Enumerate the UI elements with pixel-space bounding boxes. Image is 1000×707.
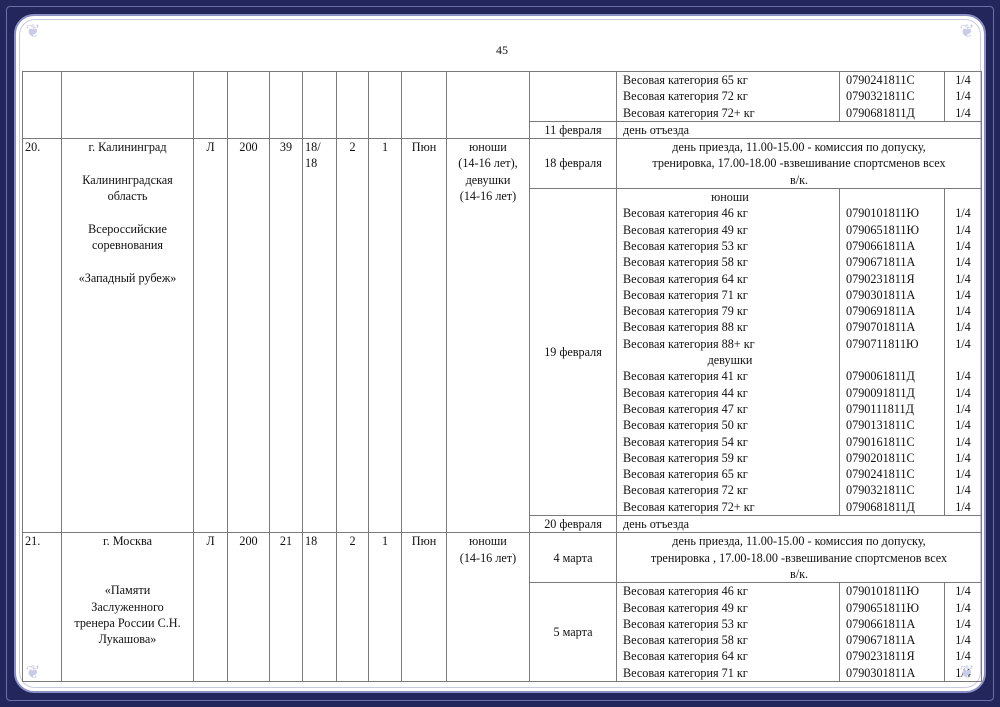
weight-category: Весовая категория 65 кг: [623, 466, 837, 482]
empty-cell: [270, 72, 303, 139]
table-row-event: 20.г. Калининград Калининградскаяобласть…: [23, 139, 982, 189]
location-line: Калининградская: [64, 172, 191, 188]
location-line: соревнования: [64, 237, 191, 253]
weight-category: Весовая категория 79 кг: [623, 303, 837, 319]
participants-line: (14-16 лет),: [449, 155, 527, 171]
location-line: Лукашова»: [64, 631, 191, 647]
location-line: тренера России С.Н.: [64, 615, 191, 631]
event-field-c3: Л: [194, 533, 228, 682]
empty-cell: [303, 72, 337, 139]
weight-fraction: 1/4: [947, 466, 979, 482]
weight-fraction: 1/4: [947, 271, 979, 287]
weight-code: 0790111811Д: [846, 401, 942, 417]
weight-fraction: 1/4: [947, 303, 979, 319]
weight-category: Весовая категория 72 кг: [623, 482, 837, 498]
c6-line: 18/: [305, 139, 334, 155]
weight-fraction: 1/4: [947, 205, 979, 221]
competition-date: 5 марта: [530, 583, 617, 682]
weight-code: 0790671811А: [846, 254, 942, 270]
weight-code: 0790101811Ю: [846, 205, 942, 221]
weight-fraction: 1/4: [947, 254, 979, 270]
arrival-line: тренировка, 17.00-18.00 -взвешивание спо…: [619, 155, 979, 171]
weight-fraction: 1/4: [947, 434, 979, 450]
weight-category: Весовая категория 64 кг: [623, 271, 837, 287]
weight-code: 0790651811Ю: [846, 222, 942, 238]
ornament-icon: ❦: [22, 663, 44, 685]
departure-date: 20 февраля: [530, 516, 617, 533]
weight-code: 0790201811С: [846, 450, 942, 466]
event-number: 21.: [23, 533, 62, 682]
arrival-text: день приезда, 11.00-15.00 - комиссия по …: [617, 139, 982, 189]
event-location: г. Калининград Калининградскаяобласть Вс…: [62, 139, 194, 533]
weight-fraction: 1/4: [947, 88, 979, 104]
weight-fraction: 1/4: [947, 238, 979, 254]
weight-code: 0790691811А: [846, 303, 942, 319]
weight-code: 0790241811С: [846, 466, 942, 482]
location-line: Заслуженного: [64, 599, 191, 615]
weight-code: 0790651811Ю: [846, 600, 942, 616]
weight-code: 0790711811Ю: [846, 336, 942, 352]
empty-cell: [62, 72, 194, 139]
weight-category: Весовая категория 54 кг: [623, 434, 837, 450]
weight-category-list: юношиВесовая категория 46 кгВесовая кате…: [617, 189, 840, 516]
event-field-c4: 200: [228, 139, 270, 533]
weight-category: Весовая категория 46 кг: [623, 583, 837, 599]
weight-code: 0790301811А: [846, 287, 942, 303]
weight-category: Весовая категория 59 кг: [623, 450, 837, 466]
weight-category: Весовая категория 88+ кг: [623, 336, 837, 352]
weight-code: 0790231811Я: [846, 271, 942, 287]
event-number: 20.: [23, 139, 62, 533]
location-line: [64, 253, 191, 269]
weight-fraction: 1/4: [947, 336, 979, 352]
weight-fraction: 1/4: [947, 222, 979, 238]
empty-cell: [23, 72, 62, 139]
empty-cell: [369, 72, 402, 139]
departure-date: 11 февраля: [530, 121, 617, 138]
c6-line: 18: [305, 155, 334, 171]
weight-fraction: 1/4: [947, 600, 979, 616]
group-title: юноши: [623, 189, 837, 205]
event-field-c5: 39: [270, 139, 303, 533]
weight-category: Весовая категория 53 кг: [623, 616, 837, 632]
competition-date: 19 февраля: [530, 189, 617, 516]
weight-code-list: 0790241811С0790321811С0790681811Д: [840, 72, 945, 122]
location-line: [64, 566, 191, 582]
weight-fraction: 1/4: [947, 401, 979, 417]
weight-category-list: Весовая категория 46 кгВесовая категория…: [617, 583, 840, 682]
departure-text: день отъезда: [617, 516, 982, 533]
table-row-event: 21.г. Москва «ПамятиЗаслуженноготренера …: [23, 533, 982, 583]
weight-code: 0790321811С: [846, 88, 942, 104]
weight-category: Весовая категория 72 кг: [623, 88, 837, 104]
event-field-c3: Л: [194, 139, 228, 533]
participants-line: девушки: [449, 172, 527, 188]
event-field-c4: 200: [228, 533, 270, 682]
weight-code: 0790241811С: [846, 72, 942, 88]
weight-fraction: 1/4: [947, 499, 979, 515]
weight-fraction: 1/4: [947, 287, 979, 303]
weight-code: 0790661811А: [846, 238, 942, 254]
event-location: г. Москва «ПамятиЗаслуженноготренера Рос…: [62, 533, 194, 682]
weight-code: 0790131811С: [846, 417, 942, 433]
location-line: Всероссийские: [64, 221, 191, 237]
arrival-text: день приезда, 11.00-15.00 - комиссия по …: [617, 533, 982, 583]
weight-code: 0790701811А: [846, 319, 942, 335]
page-number: 45: [16, 43, 986, 58]
weight-fraction: 1/4: [947, 583, 979, 599]
weight-category: Весовая категория 71 кг: [623, 287, 837, 303]
table-row-continuation: Весовая категория 65 кгВесовая категория…: [23, 72, 982, 122]
weight-category: Весовая категория 44 кг: [623, 385, 837, 401]
participants-line: юноши: [449, 533, 527, 549]
weight-category: Весовая категория 71 кг: [623, 665, 837, 681]
event-field-c7: 2: [337, 139, 369, 533]
weight-code: 0790231811Я: [846, 648, 942, 664]
weight-category-list: Весовая категория 65 кгВесовая категория…: [617, 72, 840, 122]
weight-fraction: 1/4: [947, 72, 979, 88]
weight-fraction-list: 1/41/41/41/41/41/41/41/41/4 1/41/41/41/4…: [945, 189, 982, 516]
weight-code: 0790161811С: [846, 434, 942, 450]
weight-fraction: 1/4: [947, 632, 979, 648]
weight-code: 0790061811Д: [846, 368, 942, 384]
weight-category: Весовая категория 72+ кг: [623, 105, 837, 121]
arrival-date: 4 марта: [530, 533, 617, 583]
event-field-c7: 2: [337, 533, 369, 682]
arrival-line: день приезда, 11.00-15.00 - комиссия по …: [619, 139, 979, 155]
weight-code: 0790681811Д: [846, 105, 942, 121]
location-line: [64, 550, 191, 566]
empty-cell: [194, 72, 228, 139]
arrival-line: тренировка , 17.00-18.00 -взвешивание сп…: [619, 550, 979, 566]
weight-fraction: 1/4: [947, 616, 979, 632]
location-line: «Памяти: [64, 582, 191, 598]
weight-category: Весовая категория 58 кг: [623, 632, 837, 648]
participants: юноши(14-16 лет),девушки(14-16 лет): [447, 139, 530, 533]
location-line: область: [64, 188, 191, 204]
weight-fraction: 1/4: [947, 105, 979, 121]
weight-category: Весовая категория 47 кг: [623, 401, 837, 417]
weight-category: Весовая категория 49 кг: [623, 600, 837, 616]
weight-category: Весовая категория 58 кг: [623, 254, 837, 270]
event-field-c9: Пюн: [402, 139, 447, 533]
weight-code: 0790101811Ю: [846, 583, 942, 599]
empty-cell: [402, 72, 447, 139]
participants: юноши(14-16 лет): [447, 533, 530, 682]
ornament-icon: ❦: [956, 663, 978, 685]
arrival-line: день приезда, 11.00-15.00 - комиссия по …: [619, 533, 979, 549]
weight-code-list: 0790101811Ю0790651811Ю0790661811А0790671…: [840, 583, 945, 682]
weight-category: Весовая категория 46 кг: [623, 205, 837, 221]
c6-line: 18: [305, 533, 334, 549]
departure-text: день отъезда: [617, 121, 982, 138]
weight-fraction-list: 1/41/41/4: [945, 72, 982, 122]
group-title: девушки: [623, 352, 837, 368]
weight-code: 0790091811Д: [846, 385, 942, 401]
weight-fraction: 1/4: [947, 417, 979, 433]
location-line: «Западный рубеж»: [64, 270, 191, 286]
weight-code: 0790661811А: [846, 616, 942, 632]
weight-code-list: 0790101811Ю0790651811Ю0790661811А0790671…: [840, 189, 945, 516]
arrival-line: в/к.: [619, 172, 979, 188]
weight-code: 0790681811Д: [846, 499, 942, 515]
date-cell: [530, 72, 617, 122]
weight-fraction: 1/4: [947, 482, 979, 498]
weight-category: Весовая категория 49 кг: [623, 222, 837, 238]
location-line: г. Калининград: [64, 139, 191, 155]
weight-category: Весовая категория 64 кг: [623, 648, 837, 664]
arrival-line: в/к.: [619, 566, 979, 582]
competition-schedule-table: Весовая категория 65 кгВесовая категория…: [22, 71, 982, 682]
weight-category: Весовая категория 72+ кг: [623, 499, 837, 515]
location-line: [64, 204, 191, 220]
empty-cell: [337, 72, 369, 139]
event-field-c6: 18: [303, 533, 337, 682]
weight-fraction: 1/4: [947, 450, 979, 466]
ornament-icon: ❦: [22, 22, 44, 44]
weight-category: Весовая категория 88 кг: [623, 319, 837, 335]
event-field-c5: 21: [270, 533, 303, 682]
empty-cell: [228, 72, 270, 139]
ornament-icon: ❦: [956, 22, 978, 44]
weight-fraction: 1/4: [947, 368, 979, 384]
weight-fraction: 1/4: [947, 319, 979, 335]
event-field-c9: Пюн: [402, 533, 447, 682]
participants-line: (14-16 лет): [449, 550, 527, 566]
participants-line: (14-16 лет): [449, 188, 527, 204]
event-field-c8: 1: [369, 533, 402, 682]
weight-category: Весовая категория 41 кг: [623, 368, 837, 384]
location-line: [64, 155, 191, 171]
weight-category: Весовая категория 65 кг: [623, 72, 837, 88]
document-page: ❦ ❦ ❦ ❦ 45 Весовая категория 65 кгВесова…: [14, 14, 986, 693]
weight-category: Весовая категория 50 кг: [623, 417, 837, 433]
empty-cell: [447, 72, 530, 139]
weight-code: 0790321811С: [846, 482, 942, 498]
location-line: г. Москва: [64, 533, 191, 549]
weight-fraction: 1/4: [947, 385, 979, 401]
arrival-date: 18 февраля: [530, 139, 617, 189]
event-field-c8: 1: [369, 139, 402, 533]
event-field-c6: 18/18: [303, 139, 337, 533]
weight-code: 0790301811А: [846, 665, 942, 681]
weight-code: 0790671811А: [846, 632, 942, 648]
participants-line: юноши: [449, 139, 527, 155]
weight-category: Весовая категория 53 кг: [623, 238, 837, 254]
